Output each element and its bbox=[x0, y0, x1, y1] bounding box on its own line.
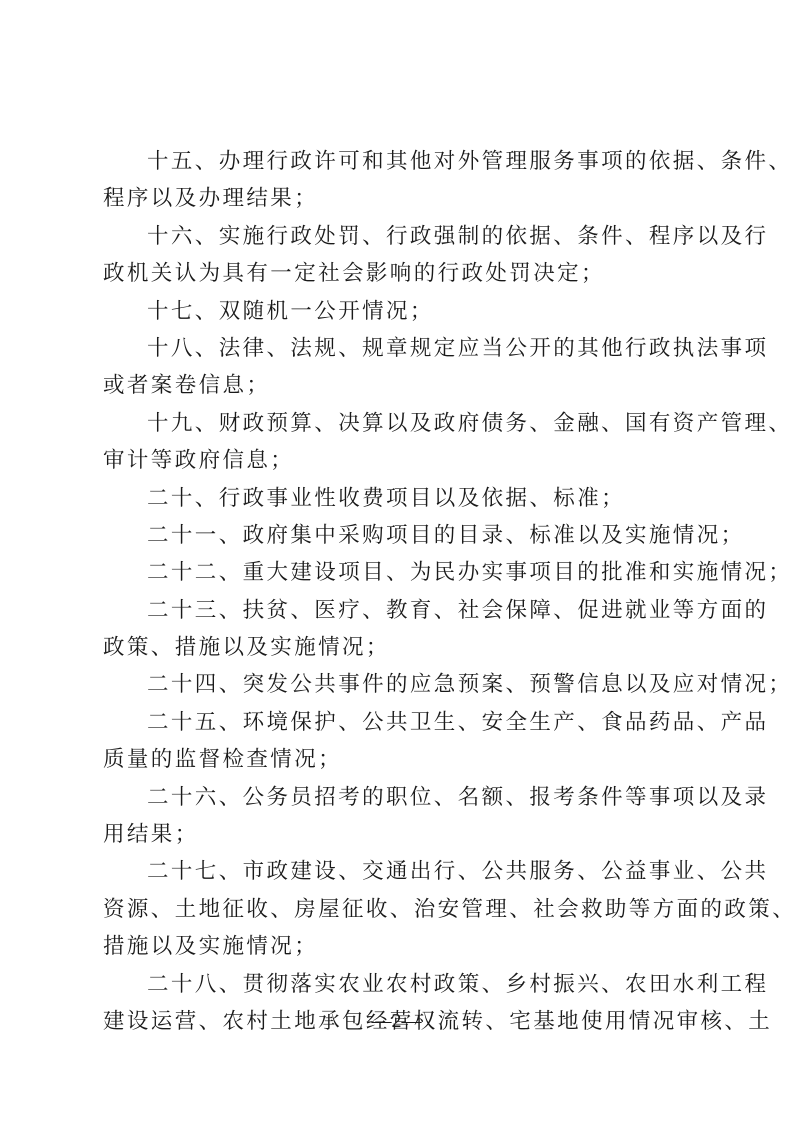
text-line: 审计等政府信息； bbox=[103, 442, 693, 479]
text-line: 二十六、公务员招考的职位、名额、报考条件等事项以及录 bbox=[103, 779, 693, 816]
text-line: 二十三、扶贫、医疗、教育、社会保障、促进就业等方面的 bbox=[103, 592, 693, 629]
page-number: —2— bbox=[0, 1010, 793, 1033]
text-line: 措施以及实施情况； bbox=[103, 928, 693, 965]
document-body: 十五、办理行政许可和其他对外管理服务事项的依据、条件、 程序以及办理结果； 十六… bbox=[103, 143, 693, 1040]
text-line: 十七、双随机一公开情况； bbox=[103, 293, 693, 330]
text-line: 十八、法律、法规、规章规定应当公开的其他行政执法事项 bbox=[103, 330, 693, 367]
text-line: 二十四、突发公共事件的应急预案、预警信息以及应对情况； bbox=[103, 666, 693, 703]
text-line: 政策、措施以及实施情况； bbox=[103, 629, 693, 666]
text-line: 用结果； bbox=[103, 816, 693, 853]
text-line: 质量的监督检查情况； bbox=[103, 741, 693, 778]
text-line: 十五、办理行政许可和其他对外管理服务事项的依据、条件、 bbox=[103, 143, 693, 180]
text-line: 二十五、环境保护、公共卫生、安全生产、食品药品、产品 bbox=[103, 704, 693, 741]
text-line: 二十二、重大建设项目、为民办实事项目的批准和实施情况； bbox=[103, 554, 693, 591]
text-line: 二十、行政事业性收费项目以及依据、标准； bbox=[103, 480, 693, 517]
text-line: 或者案卷信息； bbox=[103, 367, 693, 404]
text-line: 政机关认为具有一定社会影响的行政处罚决定； bbox=[103, 255, 693, 292]
text-line: 二十八、贯彻落实农业农村政策、乡村振兴、农田水利工程 bbox=[103, 966, 693, 1003]
text-line: 二十一、政府集中采购项目的目录、标准以及实施情况； bbox=[103, 517, 693, 554]
text-line: 十九、财政预算、决算以及政府债务、金融、国有资产管理、 bbox=[103, 405, 693, 442]
text-line: 资源、土地征收、房屋征收、治安管理、社会救助等方面的政策、 bbox=[103, 891, 693, 928]
text-line: 程序以及办理结果； bbox=[103, 180, 693, 217]
text-line: 十六、实施行政处罚、行政强制的依据、条件、程序以及行 bbox=[103, 218, 693, 255]
text-line: 二十七、市政建设、交通出行、公共服务、公益事业、公共 bbox=[103, 853, 693, 890]
